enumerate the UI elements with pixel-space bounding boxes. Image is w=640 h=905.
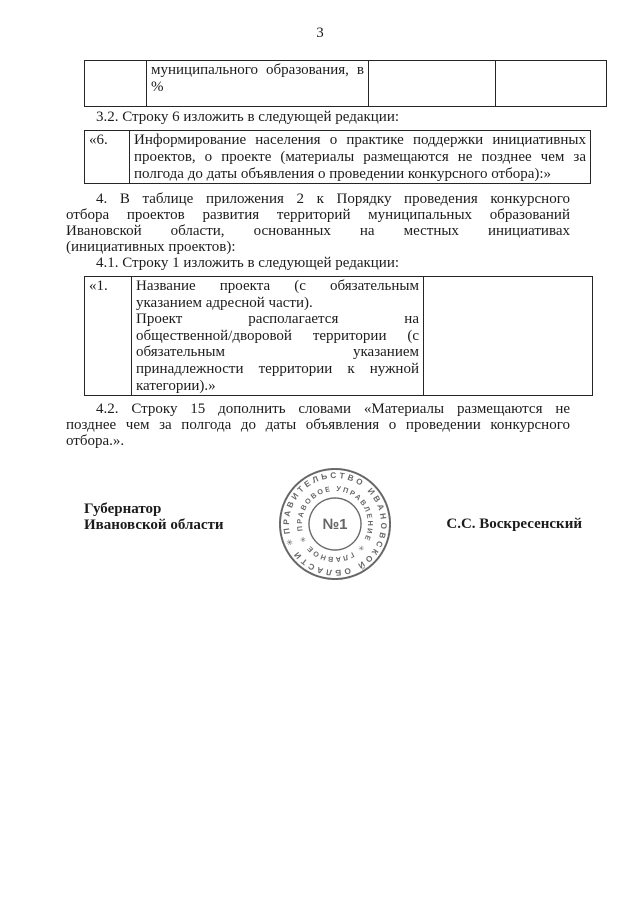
indicator-text-cell: муниципального образования, в% xyxy=(147,61,369,107)
text-line: отбора.». xyxy=(66,433,570,449)
row-number-cell: «6. xyxy=(85,131,130,184)
paragraph: ГубернаторИвановской области xyxy=(84,501,304,533)
paragraph: Название проекта (с обязательнымуказание… xyxy=(136,278,419,311)
paragraph: муниципального образования, в% xyxy=(151,62,364,96)
text-line: Название проекта (с обязательным xyxy=(136,278,419,295)
paragraph: Информирование населения о практике подд… xyxy=(134,132,586,182)
continuation-table: муниципального образования, в% xyxy=(84,60,607,107)
text-line: 4.2. Строку 15 дополнить словами «Матери… xyxy=(66,401,570,417)
text-line: категории).» xyxy=(136,378,419,395)
text-line: (инициативных проектов): xyxy=(66,239,570,255)
text-line: принадлежности территории к нужной xyxy=(136,361,419,378)
page-number: 3 xyxy=(0,25,640,41)
clause-4-2-paragraph: 4.2. Строку 15 дополнить словами «Матери… xyxy=(66,401,570,449)
text-line: обязательным указанием xyxy=(136,344,419,361)
row-number-cell: «1. xyxy=(85,277,132,396)
seal-number: №1 xyxy=(322,516,347,533)
empty-cell xyxy=(496,61,607,107)
text-line: муниципального образования, в xyxy=(151,62,364,79)
table-row: «6. Информирование населения о практике … xyxy=(85,131,591,184)
table-row: «1. Название проекта (с обязательнымуказ… xyxy=(85,277,593,396)
paragraph: 4. В таблице приложения 2 к Порядку пров… xyxy=(66,191,570,255)
row-number-cell-empty xyxy=(85,61,147,107)
text-line: полгода до даты объявления о проведении … xyxy=(134,166,586,183)
empty-cell xyxy=(424,277,593,396)
text-line: Информирование населения о практике подд… xyxy=(134,132,586,149)
row-1-table: «1. Название проекта (с обязательнымуказ… xyxy=(84,276,593,396)
text-line: Губернатор xyxy=(84,501,304,517)
table-row: муниципального образования, в% xyxy=(85,61,607,107)
clause-4-1-heading: 4.1. Строку 1 изложить в следующей редак… xyxy=(66,255,570,272)
clause-3-2-heading: 3.2. Строку 6 изложить в следующей редак… xyxy=(66,109,570,126)
signature-name: С.С. Воскресенский xyxy=(446,516,582,532)
paragraph: 4.2. Строку 15 дополнить словами «Матери… xyxy=(66,401,570,449)
signature-title: ГубернаторИвановской области xyxy=(84,501,304,533)
row-text-cell: Информирование населения о практике подд… xyxy=(130,131,591,184)
empty-cell xyxy=(369,61,496,107)
text-line: % xyxy=(151,79,364,96)
text-line: проектов, о проекте (материалы размещают… xyxy=(134,149,586,166)
text-line: общественной/дворовой территории (с xyxy=(136,328,419,345)
text-line: Проект располагается на xyxy=(136,311,419,328)
official-seal: ПРАВИТЕЛЬСТВО ИВАНОВСКОЙ ОБЛАСТИ ✳ ПРАВО… xyxy=(276,467,394,581)
text-line: позднее чем за полгода до даты объявлени… xyxy=(66,417,570,433)
row-6-table: «6. Информирование населения о практике … xyxy=(84,130,591,184)
text-line: отбора проектов развития территорий муни… xyxy=(66,207,570,223)
text-line: Ивановской области xyxy=(84,517,304,533)
row-text-cell: Название проекта (с обязательнымуказание… xyxy=(132,277,424,396)
text-line: Ивановской области, основанных на местны… xyxy=(66,223,570,239)
text-line: 4. В таблице приложения 2 к Порядку пров… xyxy=(66,191,570,207)
document-page: 3 муниципального образования, в% 3.2. Ст… xyxy=(0,0,640,905)
clause-4-paragraph: 4. В таблице приложения 2 к Порядку пров… xyxy=(66,191,570,255)
paragraph: Проект располагается наобщественной/двор… xyxy=(136,311,419,394)
text-line: указанием адресной части). xyxy=(136,295,419,312)
